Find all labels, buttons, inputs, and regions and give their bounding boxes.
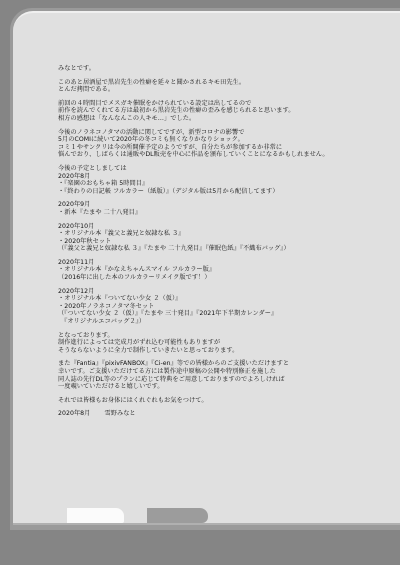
schedule-month-sep: 2020年9月 ・新本『たまや 二十八発目』 [58, 201, 378, 216]
text-line: 幸いです。ご支援いただけてる方には製作途中原稿の公開や特別修正を施した [58, 368, 378, 376]
paragraph-3: 今後のノラネコノタマの活動に関してですが、新型コロナの影響で 5月のCOMIに続… [58, 129, 378, 159]
white-tab-shape [67, 508, 124, 523]
month-heading: 2020年8月 [58, 173, 378, 181]
text-line: それでは皆様もお身体にはくれぐれもお気をつけて。 [58, 397, 378, 405]
closing-paragraph-3: それでは皆様もお身体にはくれぐれもお気をつけて。 [58, 397, 378, 405]
closing-paragraph-1: となっております。 制作進行によっては完成月がずれ込む可能性もありますが そうな… [58, 332, 378, 355]
schedule-month-nov: 2020年11月 ・オリジナル本『かなえちゃんスマイル フルカラー版』 （201… [58, 259, 378, 282]
signature-author: 雪野みなと [104, 410, 135, 417]
schedule-item: ・オリジナル本『ついてない少女 ２（仮）』 [58, 295, 378, 303]
schedule-item: （2016年に出した本のフルカラーリメイク版です！） [58, 274, 378, 282]
schedule-item: 『オリジナルエコバッグ２』） [58, 318, 378, 326]
text-line: そうならないように全力で制作していきたいと思っております。 [58, 347, 378, 355]
schedule-item: ・オリジナル本『かなえちゃんスマイル フルカラー版』 [58, 266, 378, 274]
schedule-month-oct: 2020年10月 ・オリジナル本『義父と義兄と奴隷な私 ３』 ・2020年秋セッ… [58, 223, 378, 253]
paragraph-2: 前回の４時間目でメスガキ催眠をかけられている設定は出してるので 前作を読んでくれ… [58, 100, 378, 123]
closing-paragraph-2: また『Fantia』『pixivFANBOX』『Ci-en』等での皆様からのご支… [58, 360, 378, 390]
text-line: 前作を読んでくれてる方は最初から黒岩先生の性癖の歪みを感じられると思います。 [58, 107, 378, 115]
schedule: 今後の予定としましては 2020年8月 ・『楽園のおもちゃ箱 5時間目』 ・『終… [58, 165, 378, 326]
gray-tab-shape [147, 508, 208, 523]
schedule-item: （『ついてない少女 ２（仮）』『たまや 三十発目』『2021年下半期カレンダー』 [58, 310, 378, 318]
schedule-item: ・『楽園のおもちゃ箱 5時間目』 [58, 180, 378, 188]
schedule-month-aug: 2020年8月 ・『楽園のおもちゃ箱 5時間目』 ・『終わりの日記帳 フルカラー… [58, 173, 378, 196]
paragraph-1: このあと居酒屋で黒岩先生の性癖を延々と聞かされるキモ田先生。 とんだ拷問である。 [58, 79, 378, 94]
schedule-item: ・オリジナル本『義父と義兄と奴隷な私 ３』 [58, 230, 378, 238]
signature-date: 2020年8月 [58, 410, 90, 417]
schedule-item: ・『終わりの日記帳 フルカラー（紙版）』（デジタル版は5月から配信してます） [58, 188, 378, 196]
month-heading: 2020年10月 [58, 223, 378, 231]
month-heading: 2020年9月 [58, 201, 378, 209]
text-line: 相方の感想は「なんなんこの人キモ…」でした。 [58, 115, 378, 123]
text-line: とんだ拷問である。 [58, 86, 378, 94]
afterword-text: みなとです。 このあと居酒屋で黒岩先生の性癖を延々と聞かされるキモ田先生。 とん… [58, 65, 378, 418]
text-line: また『Fantia』『pixivFANBOX』『Ci-en』等での皆様からのご支… [58, 360, 378, 368]
schedule-item: （『義父と義兄と奴隷な私 ３』『たまや 二十九発目』『催眠色紙』『不織布バッグ』… [58, 245, 378, 253]
schedule-item: ・新本『たまや 二十八発目』 [58, 209, 378, 217]
text-line: 制作進行によっては完成月がずれ込む可能性もありますが [58, 339, 378, 347]
text-line: 悩んでおり、しばらくは通販やDL販売を中心に作品を頒布していくことになるかもしれ… [58, 151, 378, 159]
page-bottom-edge [13, 523, 400, 525]
schedule-intro: 今後の予定としましては [58, 165, 378, 173]
text-line: 5月のCOMIに続いて2020年の冬コミも無くなりかなりショック。 [58, 136, 378, 144]
text-line: 一度覗いていただけると嬉しいです。 [58, 383, 378, 391]
greeting: みなとです。 [58, 65, 378, 73]
schedule-month-dec: 2020年12月 ・オリジナル本『ついてない少女 ２（仮）』 ・2020年ノラネ… [58, 288, 378, 326]
signature: 2020年8月 雪野みなと [58, 410, 378, 418]
